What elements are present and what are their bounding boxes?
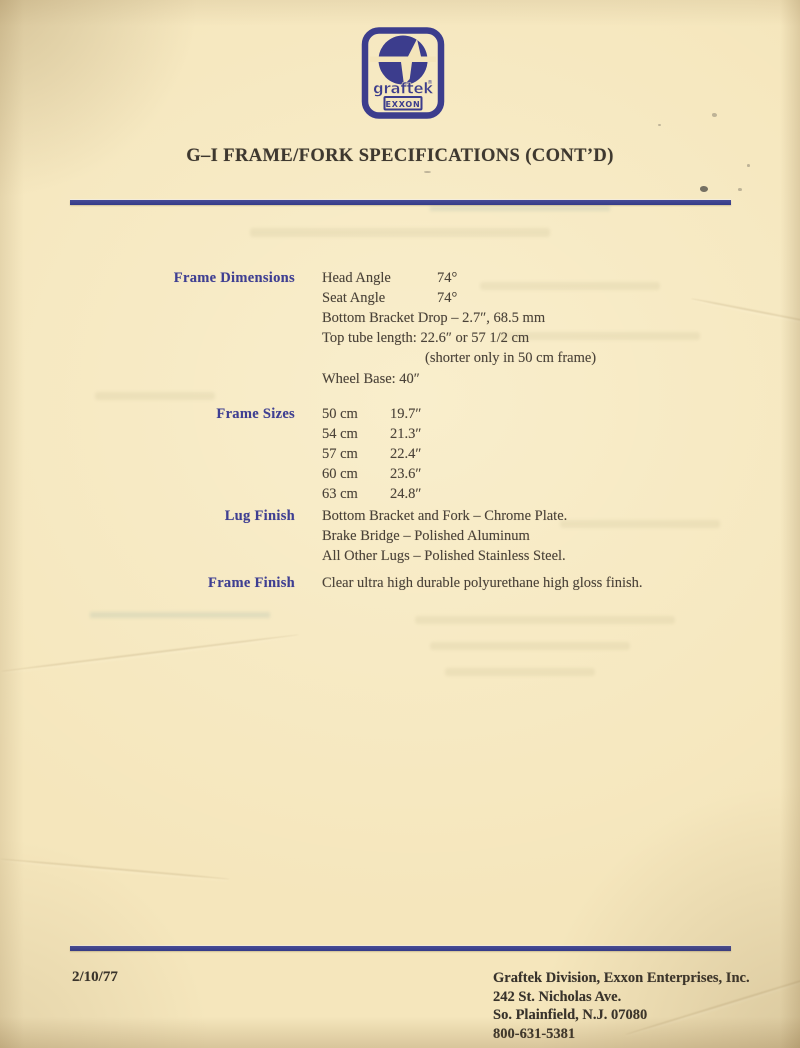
footer-address-line2: So. Plainfield, N.J. 07080	[493, 1006, 750, 1025]
frame-size-inches: 19.7″	[390, 404, 421, 424]
ink-speck	[738, 188, 742, 191]
frame-size-cm: 63 cm	[322, 486, 358, 502]
footer-company: Graftek Division, Exxon Enterprises, Inc…	[493, 969, 750, 988]
bleedthrough-mark	[445, 668, 595, 676]
head-angle-value: 74°	[437, 268, 457, 288]
bottom-divider-rule	[70, 946, 731, 951]
bottom-bracket-drop-row: Bottom Bracket Drop – 2.7″, 68.5 mm	[322, 308, 596, 328]
seat-angle-name: Seat Angle	[322, 290, 385, 306]
lug-finish-line: Bottom Bracket and Fork – Chrome Plate.	[322, 506, 567, 526]
lug-finish-line: Brake Bridge – Polished Aluminum	[322, 526, 567, 546]
logo-subbrand-text: EXXON	[385, 100, 420, 109]
head-angle-name: Head Angle	[322, 270, 391, 286]
top-tube-note: (shorter only in 50 cm frame)	[322, 348, 596, 368]
bleedthrough-mark	[560, 520, 720, 528]
frame-size-row: 63 cm 24.8″	[322, 484, 358, 504]
frame-dimensions-label: Frame Dimensions	[60, 268, 295, 288]
footer-phone: 800-631-5381	[493, 1025, 750, 1044]
scanned-spec-sheet-page: graftek ® EXXON G–I FRAME/FORK SPECIFICA…	[0, 0, 800, 1048]
graftek-g-icon: graftek ® EXXON	[361, 27, 445, 119]
wheel-base-row: Wheel Base: 40″	[322, 369, 420, 389]
frame-size-row: 50 cm 19.7″	[322, 404, 358, 424]
graftek-exxon-logo: graftek ® EXXON	[361, 27, 445, 119]
scanner-streak	[90, 612, 270, 618]
head-angle-row: Head Angle 74°	[322, 268, 596, 288]
frame-size-inches: 21.3″	[390, 424, 421, 444]
frame-size-cm: 60 cm	[322, 466, 358, 482]
seat-angle-value: 74°	[437, 288, 457, 308]
frame-sizes-label: Frame Sizes	[60, 404, 295, 424]
bleedthrough-mark	[430, 642, 630, 650]
top-divider-rule	[70, 200, 731, 205]
ink-speck	[700, 186, 708, 192]
frame-size-cm: 54 cm	[322, 426, 358, 442]
frame-size-row: 57 cm 22.4″	[322, 444, 358, 464]
frame-finish-line: Clear ultra high durable polyurethane hi…	[322, 573, 643, 593]
frame-size-inches: 22.4″	[390, 444, 421, 464]
bleedthrough-mark	[250, 228, 550, 237]
frame-size-inches: 24.8″	[390, 484, 421, 504]
bleedthrough-mark	[95, 392, 215, 400]
frame-size-inches: 23.6″	[390, 464, 421, 484]
footer-address-block: Graftek Division, Exxon Enterprises, Inc…	[493, 969, 750, 1043]
frame-size-cm: 50 cm	[322, 406, 358, 422]
scanner-streak	[430, 206, 610, 211]
logo-brand-text: graftek	[373, 80, 434, 98]
registered-trademark-icon: ®	[427, 79, 433, 86]
lug-finish-line: All Other Lugs – Polished Stainless Stee…	[322, 546, 567, 566]
page-title: G–I FRAME/FORK SPECIFICATIONS (CONT’D)	[0, 146, 800, 167]
footer-address-line1: 242 St. Nicholas Ave.	[493, 988, 750, 1007]
frame-size-row: 60 cm 23.6″	[322, 464, 358, 484]
paper-crease	[1, 634, 299, 673]
lug-finish-label: Lug Finish	[60, 506, 295, 526]
frame-size-row: 54 cm 21.3″	[322, 424, 358, 444]
paper-crease	[691, 298, 800, 325]
paper-crease	[0, 858, 229, 880]
ink-speck	[658, 124, 661, 126]
bleedthrough-mark	[415, 616, 675, 624]
footer-date: 2/10/77	[72, 969, 118, 986]
ink-speck	[424, 171, 431, 173]
top-tube-length-row: Top tube length: 22.6″ or 57 1/2 cm	[322, 328, 596, 348]
ink-speck	[712, 113, 717, 117]
seat-angle-row: Seat Angle 74°	[322, 288, 596, 308]
frame-finish-label: Frame Finish	[60, 573, 295, 593]
frame-size-cm: 57 cm	[322, 446, 358, 462]
